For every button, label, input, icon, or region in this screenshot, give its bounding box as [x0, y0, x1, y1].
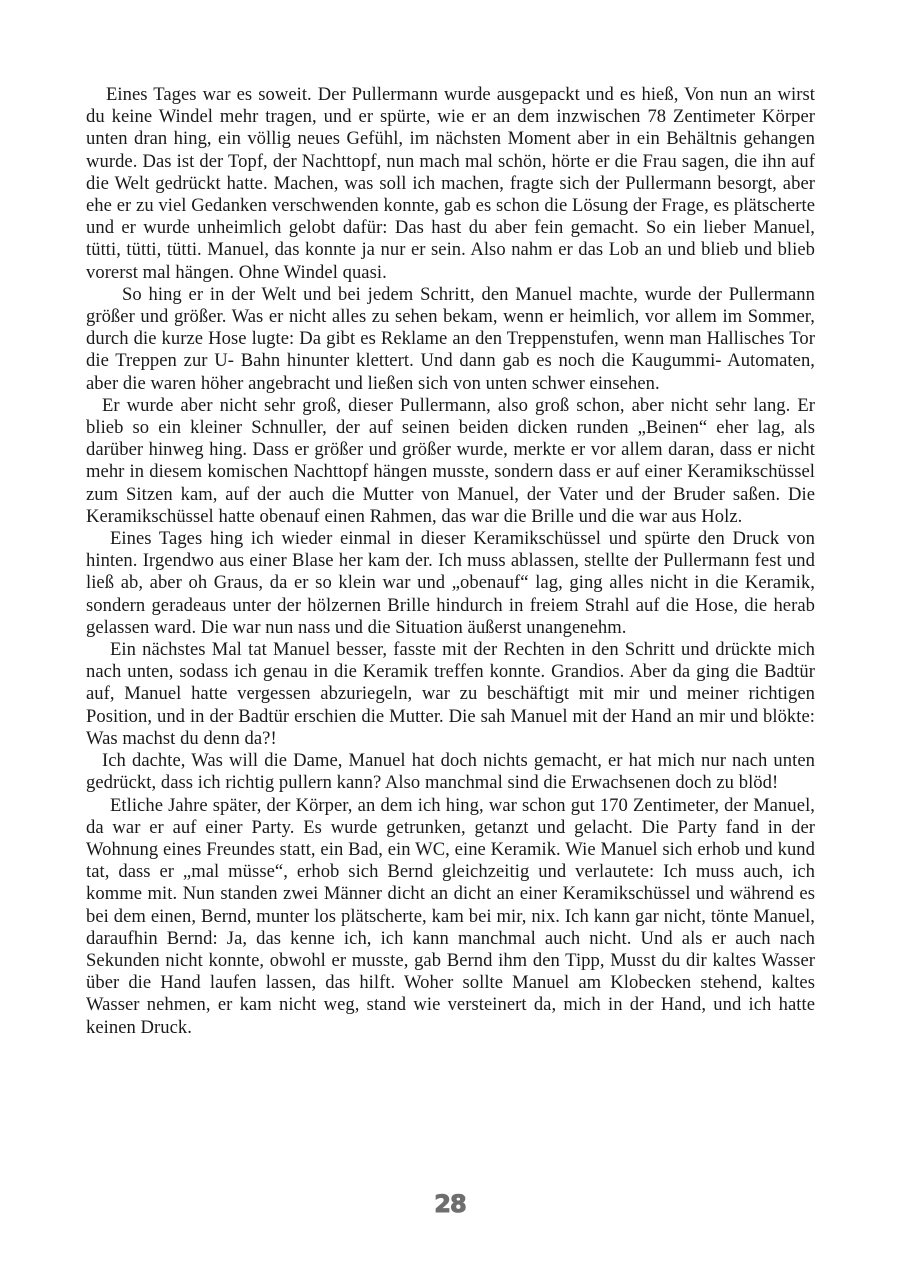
paragraph-6: Ich dachte, Was will die Dame, Manuel ha…	[86, 750, 815, 794]
document-body: Eines Tages war es soweit. Der Pullerman…	[86, 84, 815, 1039]
paragraph-2: So hing er in der Welt und bei jedem Sch…	[86, 284, 815, 395]
paragraph-1: Eines Tages war es soweit. Der Pullerman…	[86, 84, 815, 284]
page-number: 28	[0, 1190, 900, 1218]
paragraph-5: Ein nächstes Mal tat Manuel besser, fass…	[86, 639, 815, 750]
paragraph-4: Eines Tages hing ich wieder einmal in di…	[86, 528, 815, 639]
paragraph-7: Etliche Jahre später, der Körper, an dem…	[86, 795, 815, 1039]
paragraph-3: Er wurde aber nicht sehr groß, dieser Pu…	[86, 395, 815, 528]
